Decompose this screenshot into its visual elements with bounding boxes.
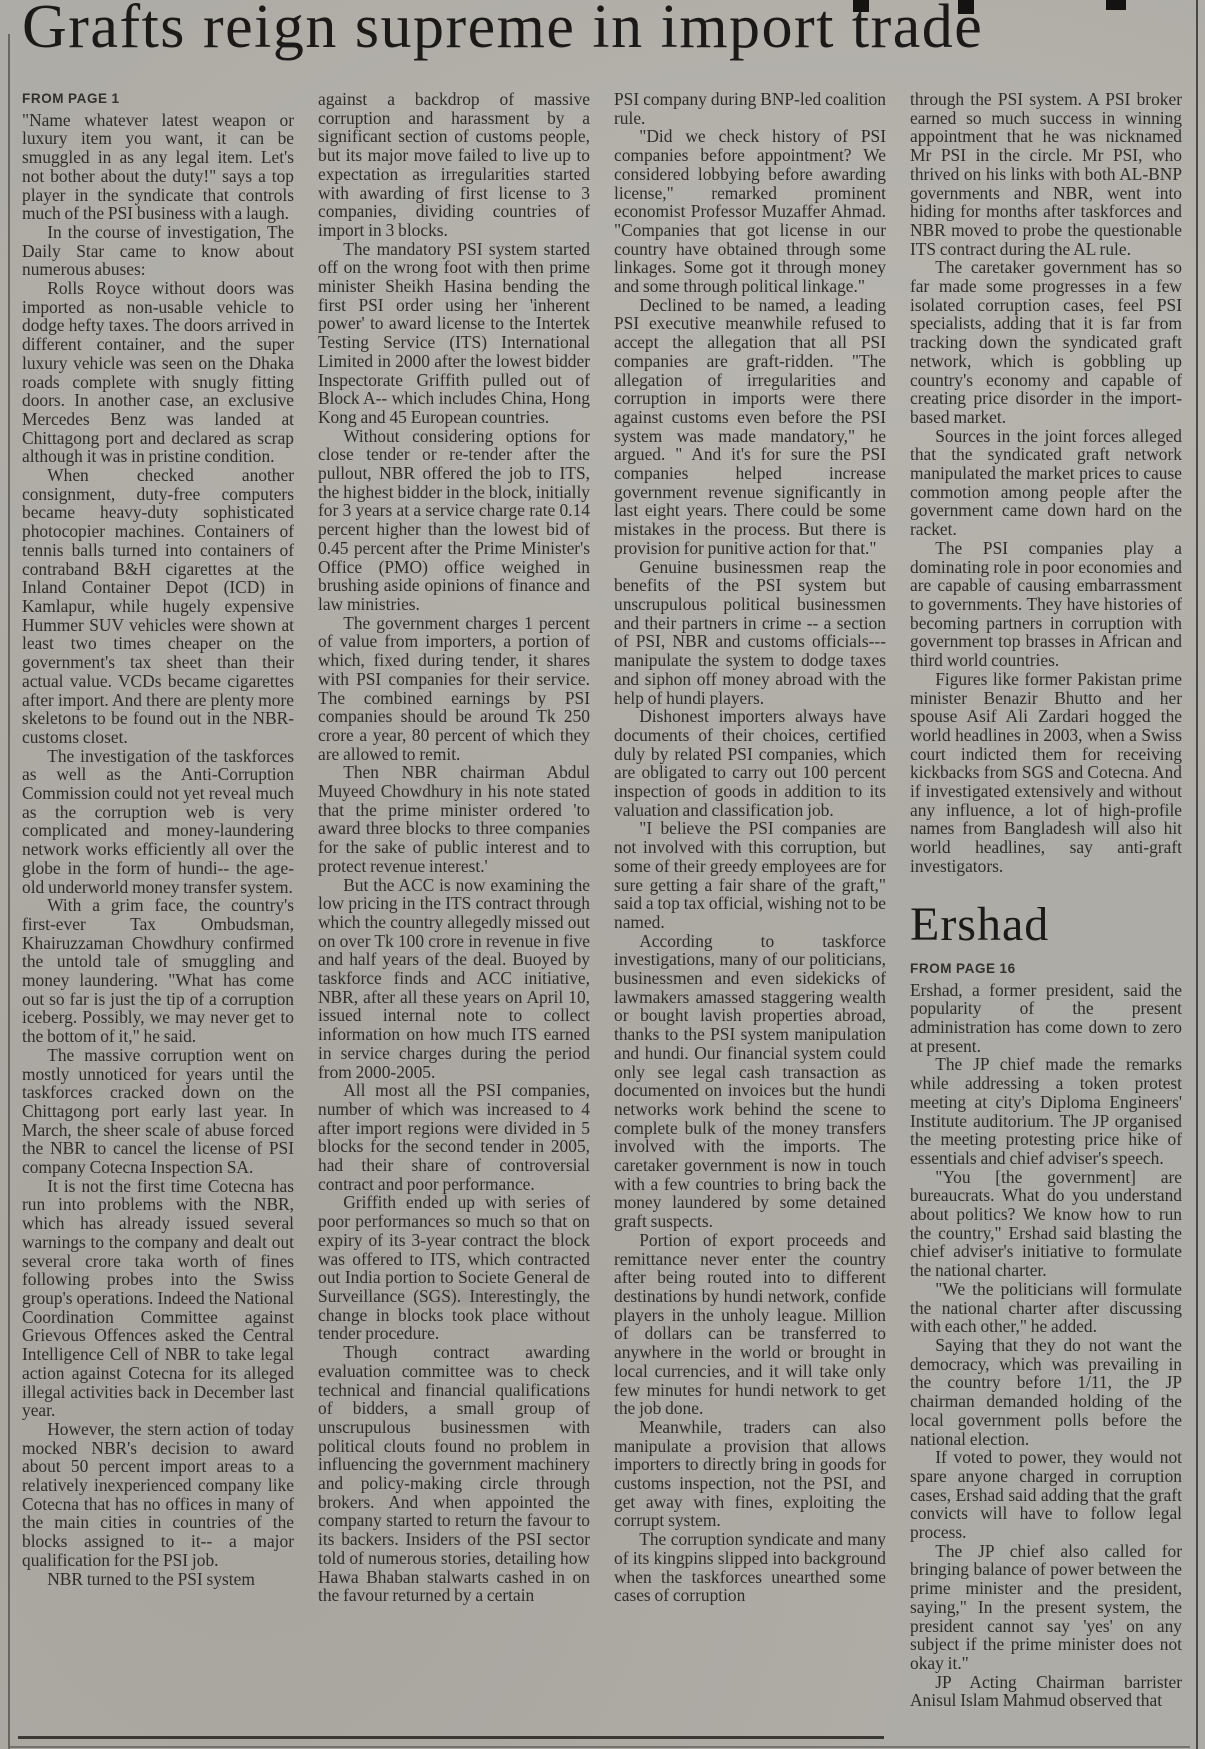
continuation-kicker-main: FROM PAGE 1 (22, 90, 294, 109)
paragraph: Saying that they do not want the democra… (910, 1336, 1182, 1448)
paragraph: "You [the government] are bureaucrats. W… (910, 1168, 1182, 1280)
paragraph: through the PSI system. A PSI broker ear… (910, 90, 1182, 258)
paragraph: It is not the first time Cotecna has run… (22, 1177, 294, 1420)
paragraph: Dishonest importers always have document… (614, 707, 886, 819)
newspaper-page: Grafts reign supreme in import trade FRO… (0, 0, 1205, 1749)
column-4-paragraphs: through the PSI system. A PSI broker ear… (910, 90, 1182, 876)
column-2-paragraphs: against a backdrop of massive corruption… (318, 90, 590, 1605)
paragraph: However, the stern action of today mocke… (22, 1420, 294, 1570)
paragraph: Genuine businessmen reap the benefits of… (614, 558, 886, 708)
paragraph: Without considering options for close te… (318, 427, 590, 614)
column-1-paragraphs: "Name whatever latest weapon or luxury i… (22, 111, 294, 1589)
column-4: through the PSI system. A PSI broker ear… (910, 90, 1182, 1749)
left-column-rule (8, 34, 10, 1749)
paragraph: Figures like former Pakistan prime minis… (910, 670, 1182, 876)
paragraph: The mandatory PSI system started off on … (318, 240, 590, 427)
main-headline: Grafts reign supreme in import trade (22, 0, 1172, 63)
paragraph: If voted to power, they would not spare … (910, 1448, 1182, 1542)
paragraph: With a grim face, the country's first-ev… (22, 896, 294, 1046)
paragraph: Griffith ended up with series of poor pe… (318, 1193, 590, 1343)
paragraph: The JP chief also called for bringing ba… (910, 1542, 1182, 1673)
column-1: FROM PAGE 1 "Name whatever latest weapon… (22, 90, 294, 1749)
paragraph: The JP chief made the remarks while addr… (910, 1055, 1182, 1167)
paragraph: The massive corruption went on mostly un… (22, 1046, 294, 1177)
paragraph: Then NBR chairman Abdul Muyeed Chowdhury… (318, 763, 590, 875)
column-2: against a backdrop of massive corruption… (318, 90, 590, 1749)
paragraph: Declined to be named, a leading PSI exec… (614, 296, 886, 558)
paragraph: Though contract awarding evaluation comm… (318, 1343, 590, 1605)
paragraph: Rolls Royce without doors was imported a… (22, 279, 294, 466)
paragraph: Sources in the joint forces alleged that… (910, 427, 1182, 539)
bottom-rule (18, 1736, 884, 1739)
paragraph: Meanwhile, traders can also manipulate a… (614, 1418, 886, 1530)
paragraph: "Did we check history of PSI companies b… (614, 127, 886, 295)
page-bottom-edge (10, 1746, 1190, 1748)
ershad-paragraphs: Ershad, a former president, said the pop… (910, 981, 1182, 1710)
right-column-rule (1196, 0, 1198, 1749)
paragraph: "Name whatever latest weapon or luxury i… (22, 111, 294, 223)
paragraph: Portion of export proceeds and remittanc… (614, 1231, 886, 1418)
column-3: PSI company during BNP-led coalition rul… (614, 90, 886, 1749)
paragraph: All most all the PSI companies, number o… (318, 1081, 590, 1193)
paragraph: But the ACC is now examining the low pri… (318, 876, 590, 1082)
paragraph: Ershad, a former president, said the pop… (910, 981, 1182, 1056)
paragraph: "I believe the PSI companies are not inv… (614, 819, 886, 931)
paragraph: The government charges 1 percent of valu… (318, 614, 590, 764)
paragraph: against a backdrop of massive corruption… (318, 90, 590, 240)
ershad-headline: Ershad (910, 900, 1182, 950)
paragraph: PSI company during BNP-led coalition rul… (614, 90, 886, 127)
paragraph: According to taskforce investigations, m… (614, 932, 886, 1231)
paragraph: The PSI companies play a dominating role… (910, 539, 1182, 670)
paragraph: The corruption syndicate and many of its… (614, 1530, 886, 1605)
paragraph: The investigation of the taskforces as w… (22, 747, 294, 897)
paragraph: NBR turned to the PSI system (22, 1570, 294, 1589)
continuation-kicker-ershad: FROM PAGE 16 (910, 960, 1182, 979)
paragraph: JP Acting Chairman barrister Anisul Isla… (910, 1673, 1182, 1710)
paragraph: "We the politicians will formulate the n… (910, 1280, 1182, 1336)
column-3-paragraphs: PSI company during BNP-led coalition rul… (614, 90, 886, 1605)
paragraph: In the course of investigation, The Dail… (22, 223, 294, 279)
paragraph: The caretaker government has so far made… (910, 258, 1182, 426)
paragraph: When checked another consignment, duty-f… (22, 466, 294, 747)
